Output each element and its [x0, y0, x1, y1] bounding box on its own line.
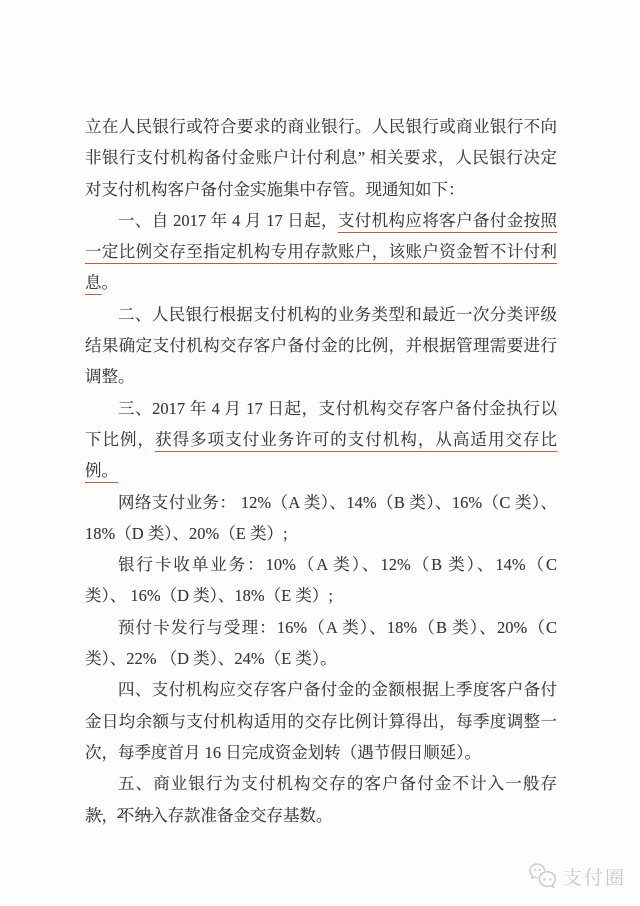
wechat-icon	[528, 862, 558, 890]
text-segment: 二、人民银行根据支付机构的业务类型和最近一次分类评级结果确定支付机构交存客户备付…	[85, 305, 557, 387]
text-segment: 预付卡发行与受理：16%（A 类）、18%（B 类）、20%（C 类）、22% …	[85, 618, 557, 668]
text-segment: 。	[102, 273, 119, 292]
text-segment: 四、支付机构应交存客户备付金的金额根据上季度客户备付金日均余额与支付机构适用的交…	[85, 680, 557, 762]
watermark: 支付圈	[528, 862, 626, 890]
para-item-4: 四、支付机构应交存客户备付金的金额根据上季度客户备付金日均余额与支付机构适用的交…	[85, 674, 557, 768]
scanned-document-page: 立在人民银行或符合要求的商业银行。人民银行或商业银行不向非银行支付机构备付金账户…	[0, 0, 640, 906]
page-number: — 2 —	[88, 806, 158, 823]
para-rate-network-payment: 网络支付业务： 12%（A 类）、14%（B 类）、16%（C 类）、 18%（…	[85, 487, 557, 550]
para-rate-card-acquiring: 银行卡收单业务：10%（A 类）、12%（B 类）、14%（C 类）、 16%（…	[85, 549, 557, 612]
para-rate-prepaid-card: 预付卡发行与受理：16%（A 类）、18%（B 类）、20%（C 类）、22% …	[85, 612, 557, 675]
para-continuation: 立在人民银行或符合要求的商业银行。人民银行或商业银行不向非银行支付机构备付金账户…	[85, 111, 557, 205]
text-segment: 立在人民银行或符合要求的商业银行。人民银行或商业银行不向非银行支付机构备付金账户…	[85, 117, 557, 199]
text-segment: 银行卡收单业务：10%（A 类）、12%（B 类）、14%（C 类）、 16%（…	[85, 555, 557, 605]
watermark-label: 支付圈	[563, 863, 626, 890]
text-segment: 网络支付业务： 12%（A 类）、14%（B 类）、16%（C 类）、 18%（…	[85, 493, 557, 543]
document-body: 立在人民银行或符合要求的商业银行。人民银行或商业银行不向非银行支付机构备付金账户…	[85, 111, 557, 831]
para-item-3: 三、2017 年 4 月 17 日起，支付机构交存客户备付金执行以下比例，获得多…	[85, 393, 557, 487]
text-segment: 一、自 2017 年 4 月 17 日起，	[118, 211, 338, 230]
underlined-text: 获得多项支付业务许可的支付机构，从高适用交存比例。	[85, 430, 557, 480]
para-item-1: 一、自 2017 年 4 月 17 日起，支付机构应将客户备付金按照一定比例交存…	[85, 205, 557, 299]
para-item-2: 二、人民银行根据支付机构的业务类型和最近一次分类评级结果确定支付机构交存客户备付…	[85, 299, 557, 393]
